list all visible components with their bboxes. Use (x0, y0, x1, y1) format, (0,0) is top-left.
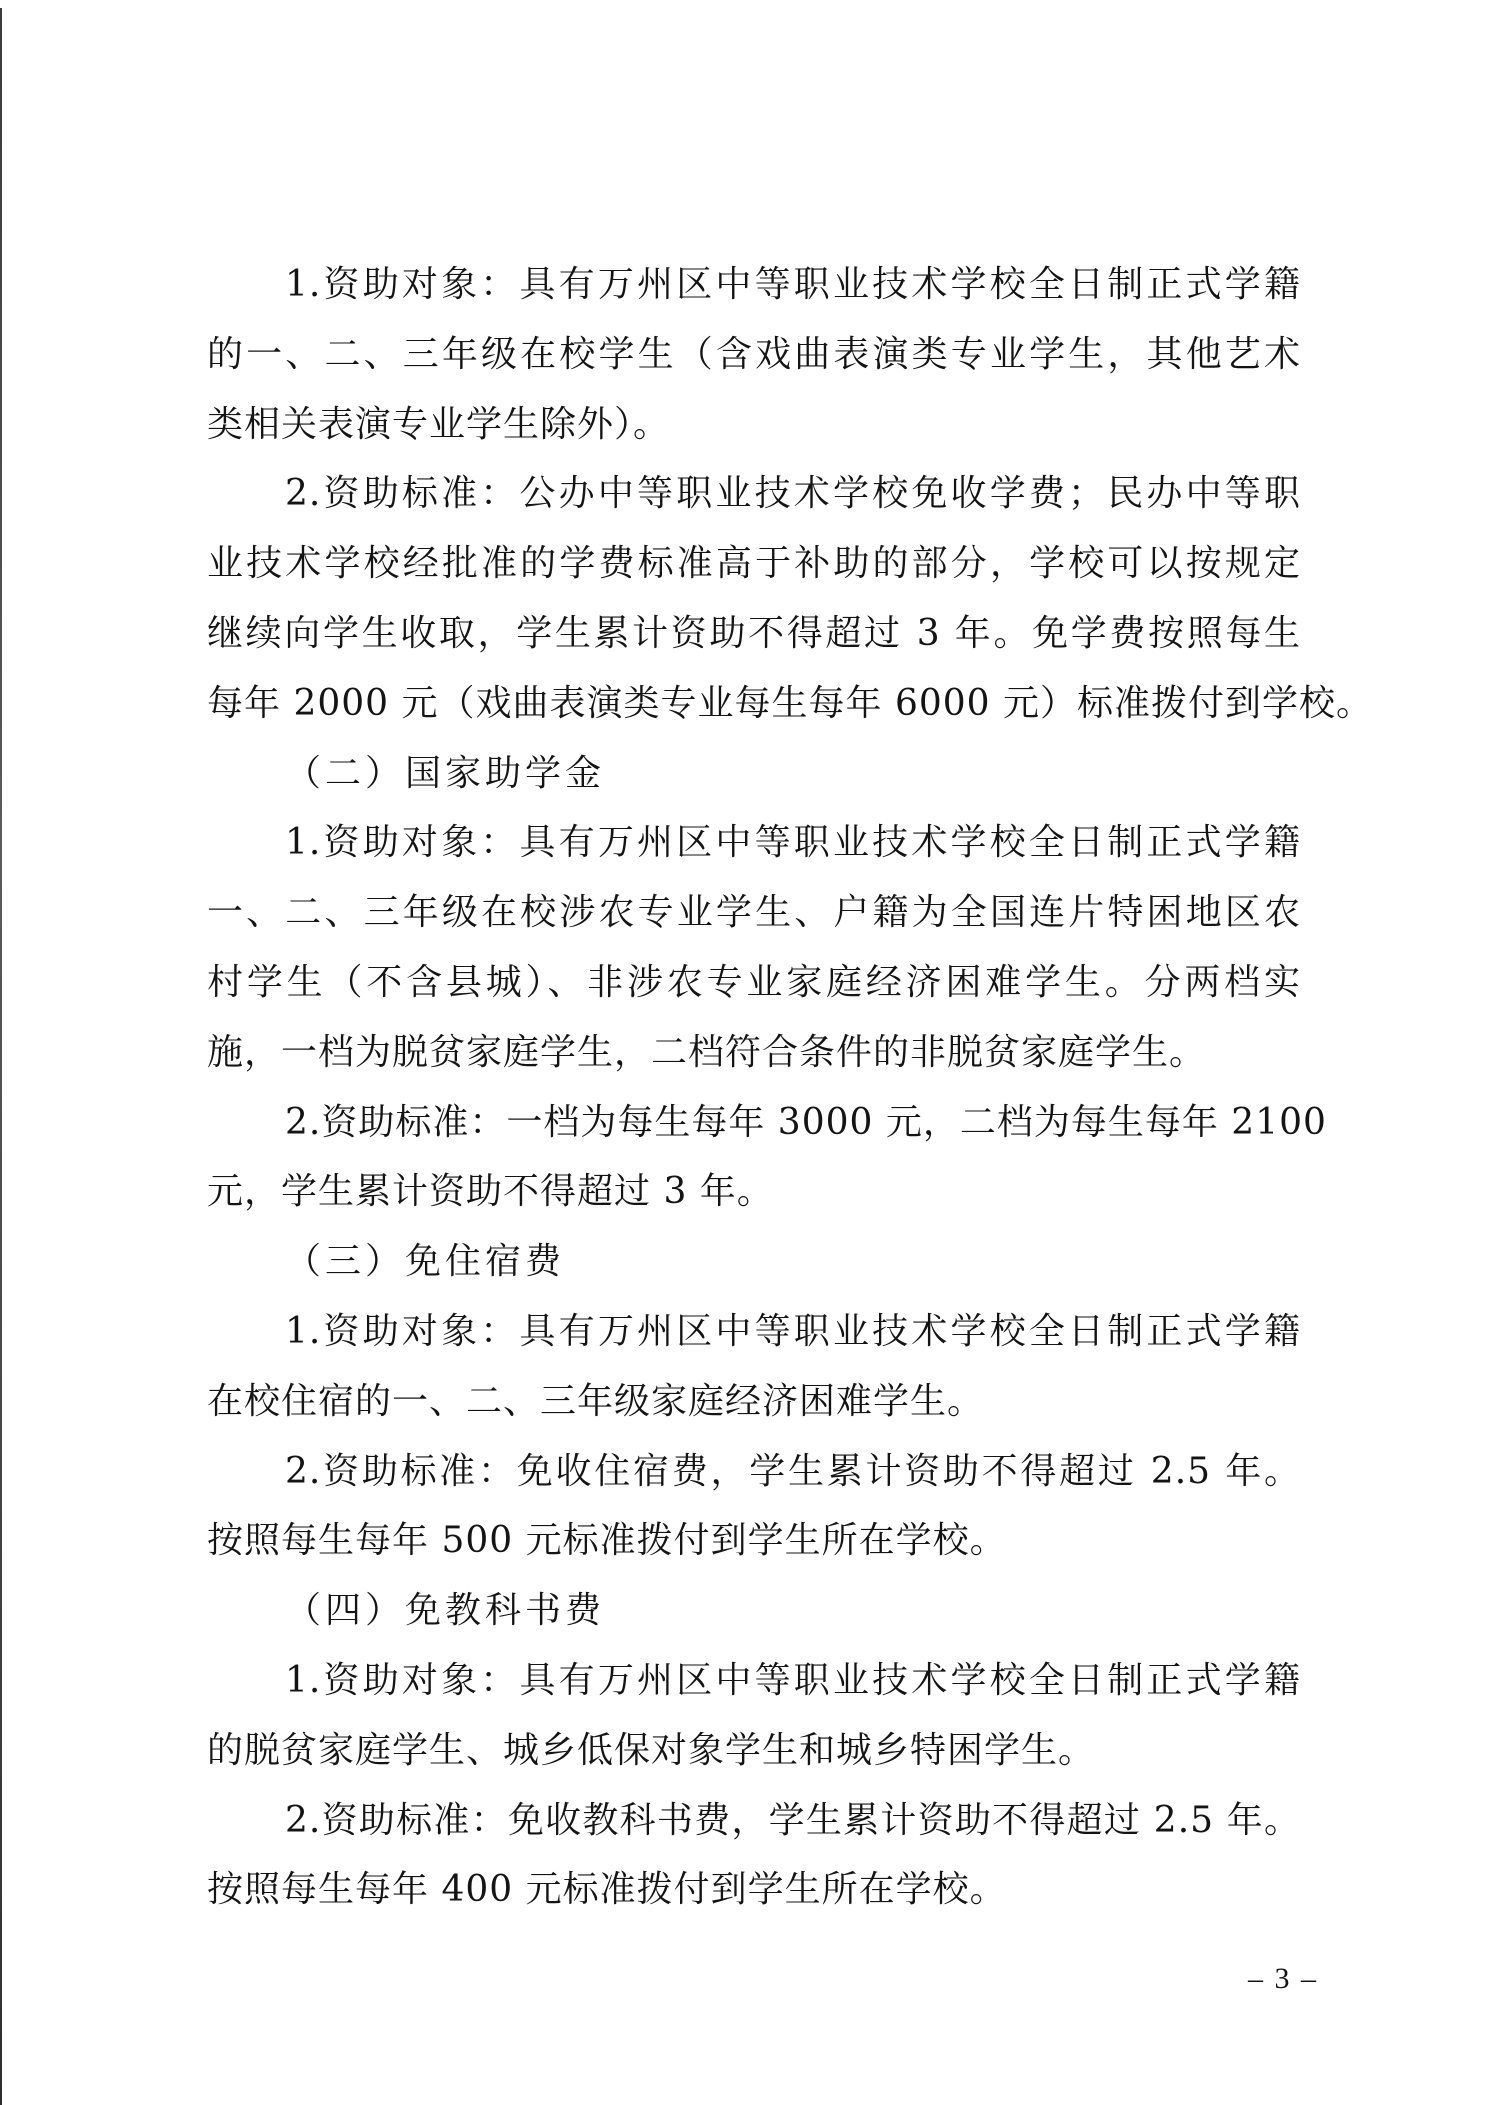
paragraph-line: 2.资助标准：一档为每生每年 3000 元，二档为每生每年 2100 (207, 1096, 1301, 1166)
paragraph-line: 1.资助对象：具有万州区中等职业技术学校全日制正式学籍 (207, 1305, 1301, 1375)
section-heading: （四）免教科书费 (207, 1584, 1301, 1654)
paragraph-line: 的一、二、三年级在校学生（含戏曲表演类专业学生，其他艺术 (207, 328, 1301, 398)
paragraph-line: 2.资助标准：免收住宿费，学生累计资助不得超过 2.5 年。 (207, 1445, 1301, 1515)
paragraph-line: 1.资助对象：具有万州区中等职业技术学校全日制正式学籍 (207, 258, 1301, 328)
paragraph-line: 2.资助标准：免收教科书费，学生累计资助不得超过 2.5 年。 (207, 1794, 1301, 1864)
paragraph-line: 业技术学校经批准的学费标准高于补助的部分，学校可以按规定 (207, 537, 1301, 607)
paragraph-line: 的脱贫家庭学生、城乡低保对象学生和城乡特困学生。 (207, 1724, 1301, 1794)
document-body: 1.资助对象：具有万州区中等职业技术学校全日制正式学籍 的一、二、三年级在校学生… (207, 258, 1301, 1933)
paragraph-line: 每年 2000 元（戏曲表演类专业每生每年 6000 元）标准拨付到学校。 (207, 677, 1301, 747)
paragraph-line: 村学生（不含县城）、非涉农专业家庭经济困难学生。分两档实 (207, 956, 1301, 1026)
paragraph-line: 继续向学生收取，学生累计资助不得超过 3 年。免学费按照每生 (207, 607, 1301, 677)
paragraph-line: 类相关表演专业学生除外）。 (207, 398, 1301, 468)
paragraph-line: 按照每生每年 500 元标准拨付到学生所在学校。 (207, 1514, 1301, 1584)
page-number: – 3 – (1248, 1962, 1318, 1996)
paragraph-line: 施，一档为脱贫家庭学生，二档符合条件的非脱贫家庭学生。 (207, 1026, 1301, 1096)
paragraph-line: 2.资助标准：公办中等职业技术学校免收学费；民办中等职 (207, 467, 1301, 537)
paragraph-line: 元，学生累计资助不得超过 3 年。 (207, 1165, 1301, 1235)
paragraph-line: 按照每生每年 400 元标准拨付到学生所在学校。 (207, 1863, 1301, 1933)
paragraph-line: 在校住宿的一、二、三年级家庭经济困难学生。 (207, 1375, 1301, 1445)
section-heading: （二）国家助学金 (207, 747, 1301, 817)
scan-edge (0, 8, 2, 2105)
paragraph-line: 1.资助对象：具有万州区中等职业技术学校全日制正式学籍 (207, 1654, 1301, 1724)
paragraph-line: 一、二、三年级在校涉农专业学生、户籍为全国连片特困地区农 (207, 886, 1301, 956)
paragraph-line: 1.资助对象：具有万州区中等职业技术学校全日制正式学籍 (207, 816, 1301, 886)
section-heading: （三）免住宿费 (207, 1235, 1301, 1305)
